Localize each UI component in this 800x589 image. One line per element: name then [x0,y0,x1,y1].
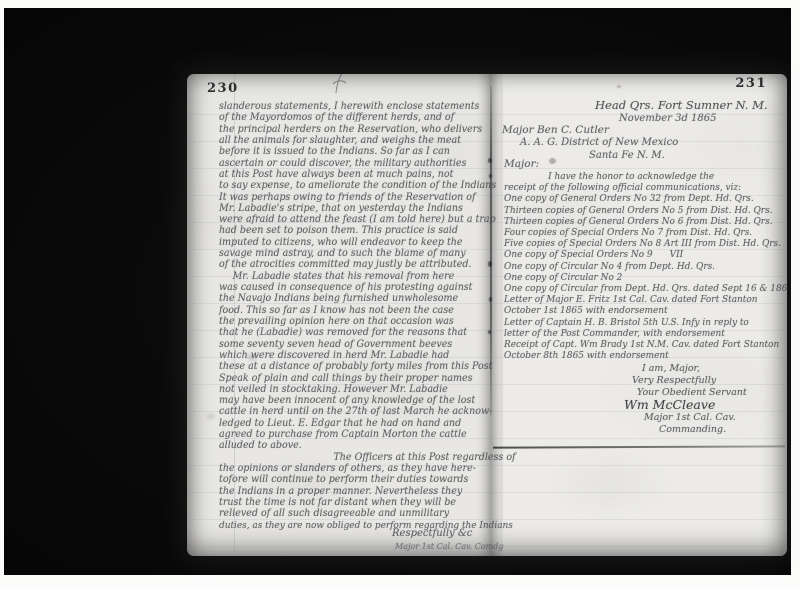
manuscript-line: at this Post have always been at much pa… [219,169,476,180]
ink-blot [488,261,492,267]
manuscript-line: of the atrocities committed may justly b… [219,259,476,270]
manuscript-line: receipt of the following official commun… [504,182,771,193]
manuscript-line: Five copies of Special Orders No 8 Art I… [504,238,771,249]
manuscript-line: Thirteen copies of General Orders No 6 f… [504,216,771,227]
left-page-manuscript: slanderous statements, I herewith enclos… [219,101,476,531]
letter-heading-date: November 3d 1865 [619,113,717,124]
manuscript-line: some seventy seven head of Government be… [219,339,476,350]
manuscript-line: One copy of Special Orders No 9 VII [504,249,771,260]
manuscript-line: Letter of Captain H. B. Bristol 5th U.S.… [504,317,771,328]
manuscript-line: slanderous statements, I herewith enclos… [219,101,476,112]
manuscript-line: the Navajo Indians being furnished unwho… [219,293,476,304]
manuscript-line: all the animals for slaughter, and weigh… [219,135,476,146]
left-page-footer-note: Major 1st Cal. Cav. Comdg [395,542,503,551]
signature-rank: Major 1st Cal. Cav. [644,412,736,423]
manuscript-line: these at a distance of probably forty mi… [219,361,476,372]
letter-heading-place: Head Qrs. Fort Sumner N. M. [595,98,768,112]
manuscript-line: the prevailing opinion here on that occa… [219,316,476,327]
manuscript-line: before it is issued to the Indians. So f… [219,146,476,157]
manuscript-line: Thirteen copies of General Orders No 5 f… [504,205,771,216]
letter-addressee-place: Santa Fe N. M. [589,150,665,161]
manuscript-line: imputed to citizens, who will endeavor t… [219,237,476,248]
manuscript-line: the opinions or slanders of others, as t… [219,463,476,474]
manuscript-line: I have the honor to acknowledge the [504,171,771,182]
manuscript-line: had been set to poison them. This practi… [219,225,476,236]
manuscript-line: October 8th 1865 with endorsement [504,350,771,361]
paper-stain [207,414,215,419]
manuscript-line: Mr. Labadie's stripe, that on yesterday … [219,203,476,214]
manuscript-line: was caused in consequence of his protest… [219,282,476,293]
ink-blot [489,297,492,302]
letter-closing: Very Respectfully [632,375,716,386]
manuscript-line: It was perhaps owing to friends of the R… [219,192,476,203]
left-page-closing: Respectfully &c [392,528,472,539]
manuscript-line: ledged to Lieut. E. Edgar that he had on… [219,418,476,429]
manuscript-line: ascertain or could discover, the militar… [219,158,476,169]
manuscript-line: were afraid to attend the feast (I am to… [219,214,476,225]
ink-smudge [549,158,556,164]
film-background: 230 231 slanderous statements, I herewit… [4,8,791,575]
ink-blot [488,330,491,334]
manuscript-line: Four copies of Special Orders No 7 from … [504,227,771,238]
folio-number-right: 231 [735,76,767,91]
letter-addressee: Major Ben C. Cutler [502,124,609,136]
manuscript-line: The Officers at this Post regardless of [219,452,476,463]
ink-blot [488,158,492,163]
letter-salutation: Major: [504,158,539,170]
manuscript-line: One copy of Circular from Dept. Hd. Qrs.… [504,283,771,294]
manuscript-line: that he (Labadie) was removed for the re… [219,327,476,338]
manuscript-line: letter of the Post Commander, with endor… [504,328,771,339]
manuscript-line: of the Mayordomos of the different herds… [219,112,476,123]
manuscript-line: which were discovered in herd Mr. Labadi… [219,350,476,361]
manuscript-line: Letter of Major E. Fritz 1st Cal. Cav. d… [504,294,771,305]
manuscript-line: alluded to above. [219,440,476,451]
manuscript-line: One copy of General Orders No 32 from De… [504,193,771,204]
ledger-spread: 230 231 slanderous statements, I herewit… [187,74,787,556]
folio-number-left: 230 [207,81,239,96]
manuscript-line: trust the time is not far distant when t… [219,497,476,508]
manuscript-line: One copy of Circular No 4 from Dept. Hd.… [504,261,771,272]
manuscript-line: the principal herders on the Reservation… [219,124,476,135]
manuscript-line: the Indians in a proper manner. Neverthe… [219,486,476,497]
manuscript-line: savage mind astray, and to such the blam… [219,248,476,259]
microfilm-scan: 230 231 slanderous statements, I herewit… [0,0,800,589]
manuscript-line: relieved of all such disagreeable and un… [219,508,476,519]
manuscript-line: may have been innocent of any knowledge … [219,395,476,406]
manuscript-line: Receipt of Capt. Wm Brady 1st N.M. Cav. … [504,339,771,350]
signature-command: Commanding. [659,424,726,435]
manuscript-line: cattle in herd until on the 27th of last… [219,406,476,417]
signature: Wm McCleave [624,397,715,412]
manuscript-line: to say expense, to ameliorate the condit… [219,180,476,191]
letter-closing: I am, Major, [642,363,700,374]
ink-blot [489,174,492,178]
manuscript-line: One copy of Circular No 2 [504,272,771,283]
ink-smudge [617,85,621,88]
manuscript-line: tofore will continue to perform their du… [219,474,476,485]
insertion-mark-icon [330,74,350,96]
letter-addressee-title: A. A. G. District of New Mexico [520,137,678,148]
margin-rule [501,74,502,556]
manuscript-line: Speak of plain and call things by their … [219,373,476,384]
manuscript-line: food. This so far as I know has not been… [219,305,476,316]
manuscript-line: not veiled in stocktaking. However Mr. L… [219,384,476,395]
manuscript-line: October 1st 1865 with endorsement [504,305,771,316]
right-page-manuscript: I have the honor to acknowledge therecei… [504,171,771,361]
manuscript-line: agreed to purchase from Captain Morton t… [219,429,476,440]
manuscript-line: Mr. Labadie states that his removal from… [219,271,476,282]
